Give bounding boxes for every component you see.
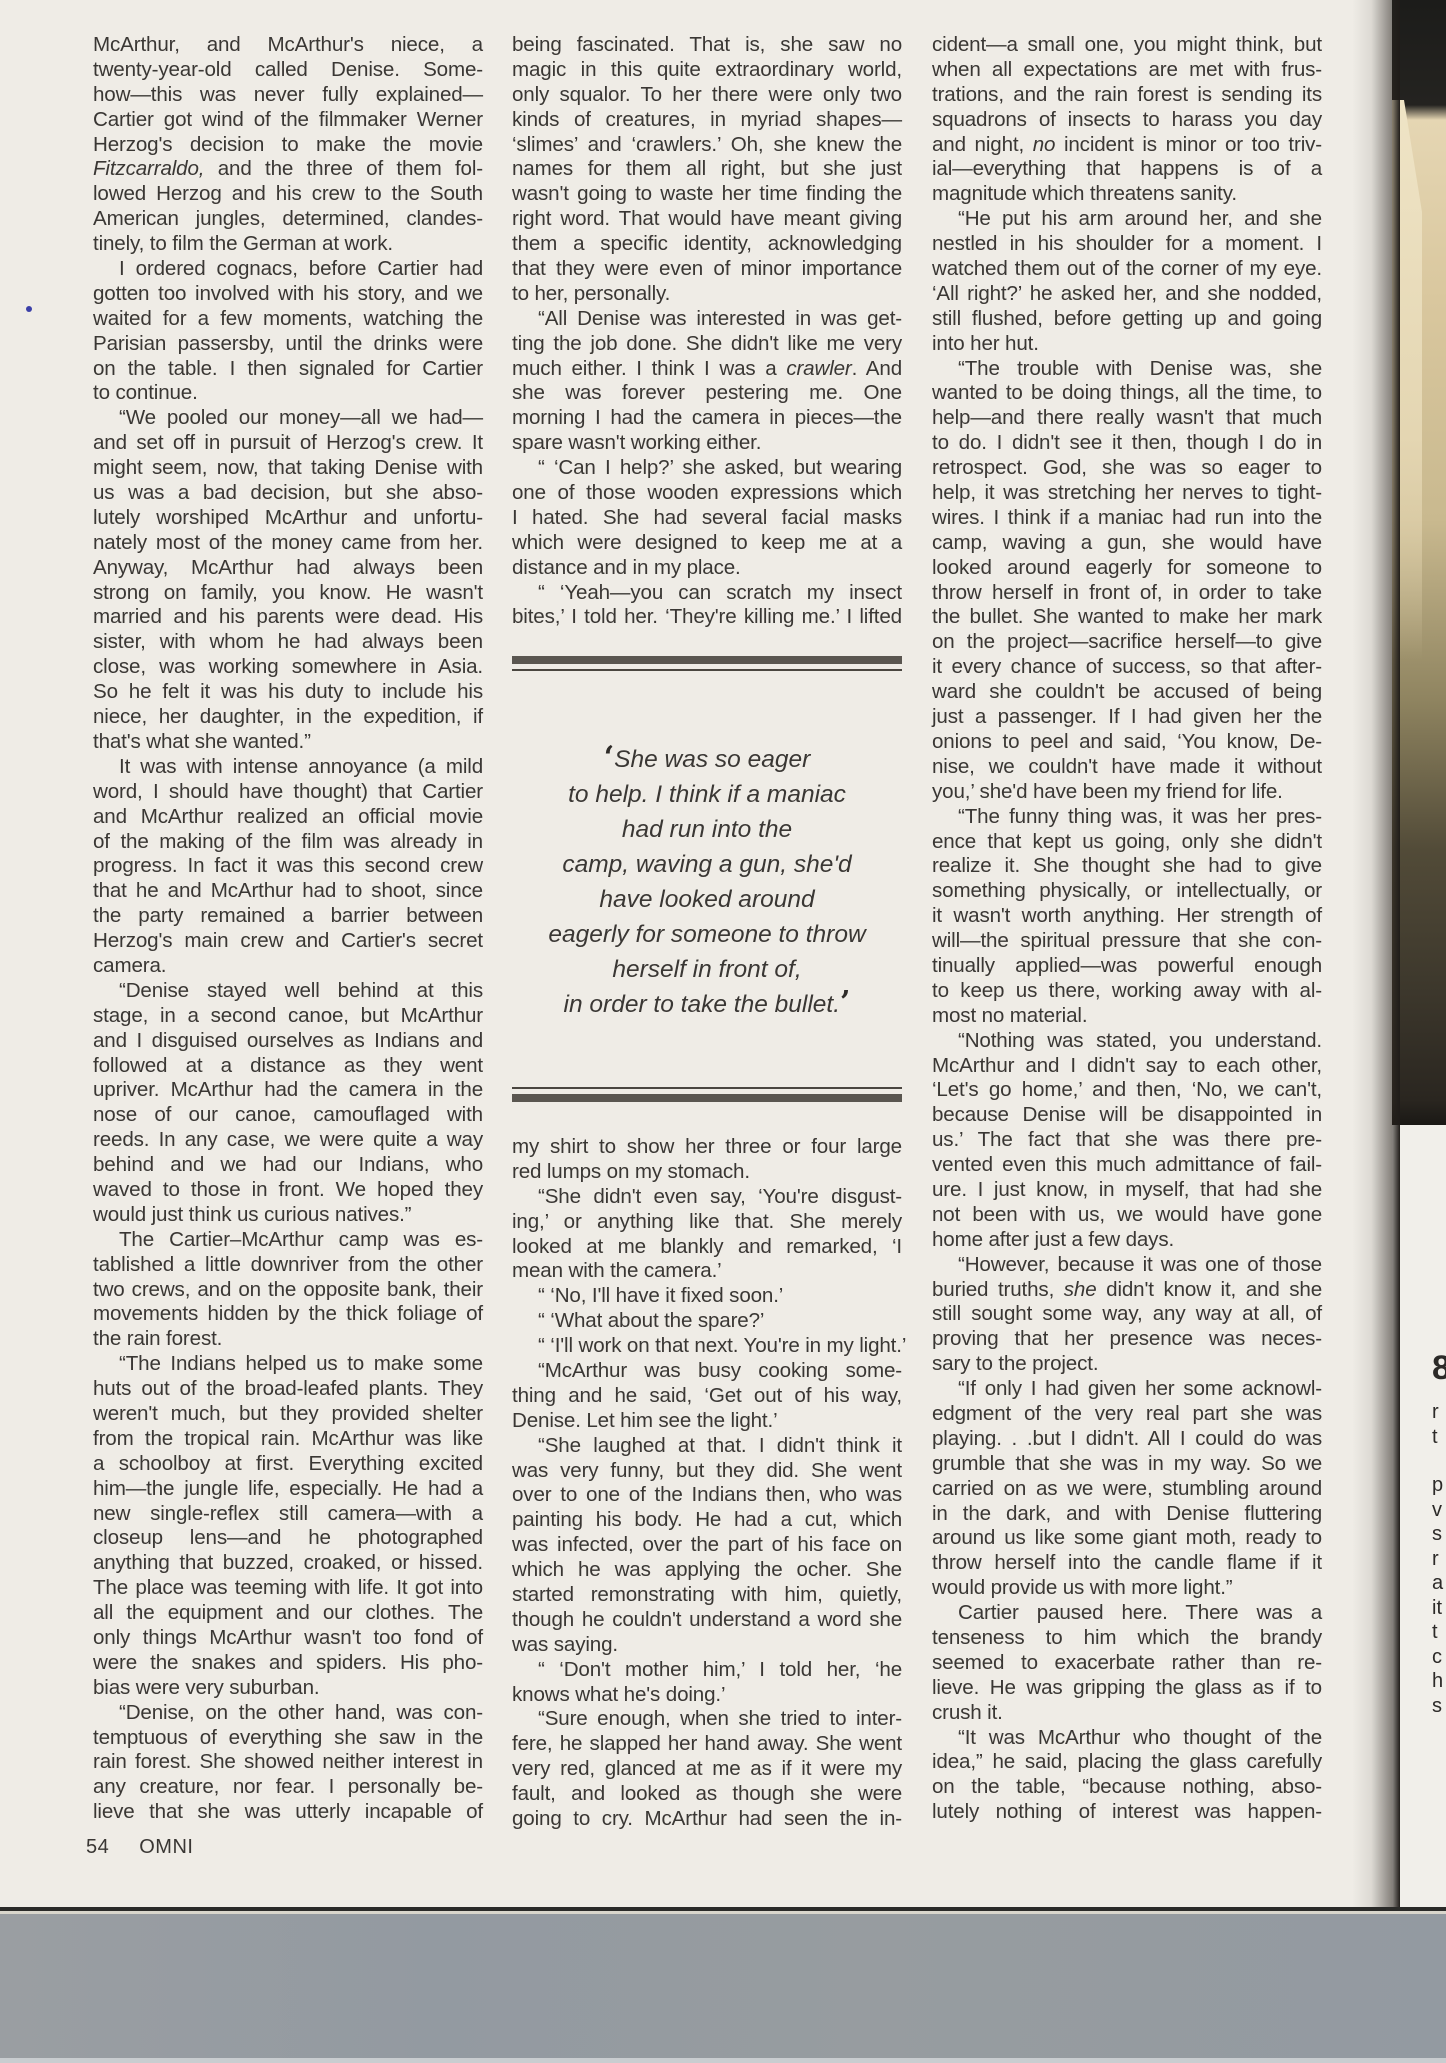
text-line: nestled in his shoulder for a moment. I bbox=[932, 232, 1322, 257]
text-line: from the tropical rain. McArthur was lik… bbox=[93, 1427, 483, 1452]
text-line: lutely worshiped McArthur and unfortu- bbox=[93, 506, 483, 531]
text-line: magic in this quite extraordinary world, bbox=[512, 58, 902, 83]
text-line: the bullet. She wanted to make her mark bbox=[932, 605, 1322, 630]
text-line: which he was applying the ocher. She bbox=[512, 1558, 902, 1583]
text-line: him—the jungle life, especially. He had … bbox=[93, 1477, 483, 1502]
text-line: fere, he slapped her hand away. She went bbox=[512, 1732, 902, 1757]
text-line: tablished a little downriver from the ot… bbox=[93, 1253, 483, 1278]
text-line: ial—everything that happens is of a bbox=[932, 157, 1322, 182]
text-line: idea,” he said, placing the glass carefu… bbox=[932, 1750, 1322, 1775]
text-line: “He put his arm around her, and she bbox=[932, 207, 1322, 232]
text-line: proving that her presence was neces- bbox=[932, 1327, 1322, 1352]
text-line: us was a bad decision, but she abso- bbox=[93, 481, 483, 506]
text-line: weren't much, but they provided shelter bbox=[93, 1402, 483, 1427]
pull-quote-top-rule-thick bbox=[512, 656, 902, 664]
text-line: lutely nothing of interest was happen- bbox=[932, 1800, 1322, 1825]
text-line: “ ‘What about the spare?’ bbox=[512, 1309, 902, 1334]
facing-page-text-fragment: 8 r t p v s r a it t c h s bbox=[1432, 1348, 1446, 1718]
text-line: throw herself into the candle flame if i… bbox=[932, 1551, 1322, 1576]
text-line: ‘slimes’ and ‘crawlers.’ Oh, she knew th… bbox=[512, 133, 902, 158]
text-line: around us like some giant moth, ready to bbox=[932, 1526, 1322, 1551]
text-line: to her, personally. bbox=[512, 282, 902, 307]
text-line: that they were even of minor importance bbox=[512, 257, 902, 282]
text-line: trations, and the rain forest is sending… bbox=[932, 83, 1322, 108]
text-column-2-top: being fascinated. That is, she saw no ma… bbox=[512, 33, 902, 630]
text-line: carried on as we were, stumbling around bbox=[932, 1477, 1322, 1502]
text-line: was saying. bbox=[512, 1633, 902, 1658]
text-line: upriver. McArthur had the camera in the bbox=[93, 1078, 483, 1103]
text-line: Herzog's decision to make the movie bbox=[93, 133, 483, 158]
text-line: Denise. Let him see the light.’ bbox=[512, 1409, 902, 1434]
text-line: ward she couldn't be accused of being bbox=[932, 680, 1322, 705]
text-line: distance and in my place. bbox=[512, 556, 902, 581]
text-line: edgment of the very real part she was bbox=[932, 1402, 1322, 1427]
text-line: wasn't going to waste her time finding t… bbox=[512, 182, 902, 207]
text-line: still sought some way, any way at all, o… bbox=[932, 1302, 1322, 1327]
text-line: Anyway, McArthur had always been bbox=[93, 556, 483, 581]
text-line: “She didn't even say, ‘You're disgust- bbox=[512, 1185, 902, 1210]
text-line: “All Denise was interested in was get- bbox=[512, 307, 902, 332]
text-line: anything that buzzed, croaked, or hissed… bbox=[93, 1551, 483, 1576]
text-line: started remonstrating with him, quietly, bbox=[512, 1583, 902, 1608]
text-line: stage, in a second canoe, but McArthur bbox=[93, 1004, 483, 1029]
text-line: It was with intense annoyance (a mild bbox=[93, 755, 483, 780]
text-line: “ ‘Yeah—you can scratch my insect bbox=[512, 581, 902, 606]
text-line: on the table. I then signaled for Cartie… bbox=[93, 357, 483, 382]
text-line: tenseness to him which the brandy bbox=[932, 1626, 1322, 1651]
text-line: playing. . .but I didn't. All I could do… bbox=[932, 1427, 1322, 1452]
text-line: “The trouble with Denise was, she bbox=[932, 357, 1322, 382]
text-line: all the equipment and our clothes. The bbox=[93, 1601, 483, 1626]
text-column-3: cident—a small one, you might think, but… bbox=[932, 33, 1322, 1825]
emphasis-word: no bbox=[1033, 133, 1056, 156]
page-footer: 54OMNI bbox=[86, 1836, 193, 1859]
pull-quote: ‘She was so eager to help. I think if a … bbox=[512, 742, 902, 1022]
text-line: grumble that she was in my way. So we bbox=[932, 1452, 1322, 1477]
text-line: married and his parents were dead. His bbox=[93, 605, 483, 630]
text-line: reeds. In any case, we were quite a way bbox=[93, 1128, 483, 1153]
text-line: bias were very suburban. bbox=[93, 1676, 483, 1701]
text-line: American jungles, determined, clandes- bbox=[93, 207, 483, 232]
text-line: Parisian passersby, until the drinks wer… bbox=[93, 332, 483, 357]
text-line: and McArthur realized an official movie bbox=[93, 805, 483, 830]
text-line: and set off in pursuit of Herzog's crew.… bbox=[93, 431, 483, 456]
text-line: Cartier paused here. There was a bbox=[932, 1601, 1322, 1626]
text-line: wanted to be doing things, all the time,… bbox=[932, 381, 1322, 406]
text-line: nose of our canoe, camouflaged with bbox=[93, 1103, 483, 1128]
text-line: seemed to exacerbate rather than re- bbox=[932, 1651, 1322, 1676]
text-line: ‘Let's go home,’ and then, ‘No, we can't… bbox=[932, 1078, 1322, 1103]
scanner-background bbox=[0, 1914, 1446, 2063]
text-line: names for them all right, but she just bbox=[512, 157, 902, 182]
text-line: kinds of creatures, in myriad shapes— bbox=[512, 108, 902, 133]
text-line: to keep us there, working away with al- bbox=[932, 979, 1322, 1004]
text-line: gotten too involved with his story, and … bbox=[93, 282, 483, 307]
text-line: sary to the project. bbox=[932, 1352, 1322, 1377]
text-line: on the project—sacrifice herself—to give bbox=[932, 630, 1322, 655]
text-line: and night, no incident is minor or too t… bbox=[932, 133, 1322, 158]
text-line: tinually applied—was powerful enough bbox=[932, 954, 1322, 979]
text-line: realize it. She thought she had to give bbox=[932, 854, 1322, 879]
text-line: Herzog's main crew and Cartier's secret bbox=[93, 929, 483, 954]
text-line: being fascinated. That is, she saw no bbox=[512, 33, 902, 58]
text-line: would provide us with more light.” bbox=[932, 1576, 1322, 1601]
text-line: my shirt to show her three or four large bbox=[512, 1135, 902, 1160]
text-column-2-bottom: my shirt to show her three or four large… bbox=[512, 1135, 902, 1832]
text-line: throw herself in front of, in order to t… bbox=[932, 581, 1322, 606]
text-line: home after just a few days. bbox=[932, 1228, 1322, 1253]
text-line: over to one of the Indians then, who was bbox=[512, 1483, 902, 1508]
text-line: which were designed to keep me at a bbox=[512, 531, 902, 556]
text-line: would just think us curious natives.” bbox=[93, 1203, 483, 1228]
text-line: sister, with whom he had always been bbox=[93, 630, 483, 655]
text-line: “ ‘Don't mother him,’ I told her, ‘he bbox=[512, 1658, 902, 1683]
text-line: waited for a few moments, watching the bbox=[93, 307, 483, 332]
scanner-background-edge bbox=[0, 2058, 1446, 2063]
pull-quote-top-rule-thin bbox=[512, 669, 902, 671]
text-line: word, I should have thought) that Cartie… bbox=[93, 780, 483, 805]
text-line: watched them out of the corner of my eye… bbox=[932, 257, 1322, 282]
text-line: very red, glanced at me as if it were my bbox=[512, 1757, 902, 1782]
text-line: going to cry. McArthur had seen the in- bbox=[512, 1807, 902, 1832]
text-line: that's what she wanted.” bbox=[93, 730, 483, 755]
text-line: ing,’ or anything like that. She merely bbox=[512, 1210, 902, 1235]
text-line: help—and there really wasn't that much bbox=[932, 406, 1322, 431]
text-line: cident—a small one, you might think, but bbox=[932, 33, 1322, 58]
text-line: because Denise will be disappointed in bbox=[932, 1103, 1322, 1128]
text-line: knows what he's doing.’ bbox=[512, 1683, 902, 1708]
text-line: was very funny, but they did. She went bbox=[512, 1459, 902, 1484]
text-line: twenty-year-old called Denise. Some- bbox=[93, 58, 483, 83]
text-line: lieve that she was utterly incapable of bbox=[93, 1800, 483, 1825]
text-line: spare wasn't working either. bbox=[512, 431, 902, 456]
text-line: it wasn't worth anything. Her strength o… bbox=[932, 904, 1322, 929]
text-line: still flushed, before getting up and goi… bbox=[932, 307, 1322, 332]
text-line: red lumps on my stomach. bbox=[512, 1160, 902, 1185]
text-line: into her hut. bbox=[932, 332, 1322, 357]
binding-spine-shadow bbox=[1352, 0, 1400, 1908]
text-line: ence that kept us going, only she didn't bbox=[932, 830, 1322, 855]
page-number: 54 bbox=[86, 1836, 109, 1858]
text-line: that he and McArthur had to shoot, since bbox=[93, 879, 483, 904]
text-line: tinely, to film the German at work. bbox=[93, 232, 483, 257]
text-line: ure. I just know, in myself, that had sh… bbox=[932, 1178, 1322, 1203]
text-line: niece, her daughter, in the expedition, … bbox=[93, 705, 483, 730]
text-line: and I disguised ourselves as Indians and bbox=[93, 1029, 483, 1054]
text-line: to do. I didn't see it then, though I do… bbox=[932, 431, 1322, 456]
text-line: “Denise, on the other hand, was con- bbox=[93, 1701, 483, 1726]
text-line: lieve. He was gripping the glass as if t… bbox=[932, 1676, 1322, 1701]
text-line: was infected, over the part of his face … bbox=[512, 1533, 902, 1558]
text-line: The Cartier–McArthur camp was es- bbox=[93, 1228, 483, 1253]
text-line: on the table, “because nothing, abso- bbox=[932, 1775, 1322, 1800]
text-line: waved to those in front. We hoped they bbox=[93, 1178, 483, 1203]
text-line: wires. I think if a maniac had run into … bbox=[932, 506, 1322, 531]
text-line: “ ‘I'll work on that next. You're in my … bbox=[512, 1334, 902, 1359]
text-line: two crews, and on the opposite bank, the… bbox=[93, 1278, 483, 1303]
text-line: will—the spiritual pressure that she con… bbox=[932, 929, 1322, 954]
text-line: one of those wooden expressions which bbox=[512, 481, 902, 506]
text-line: vented even this much admittance of fail… bbox=[932, 1153, 1322, 1178]
text-line: huts out of the broad-leafed plants. The… bbox=[93, 1377, 483, 1402]
text-line: The place was teeming with life. It got … bbox=[93, 1576, 483, 1601]
text-line: the party remained a barrier between bbox=[93, 904, 483, 929]
text-line: she was forever pestering me. One bbox=[512, 381, 902, 406]
text-line: when all expectations are met with frus- bbox=[932, 58, 1322, 83]
text-line: I ordered cognacs, before Cartier had bbox=[93, 257, 483, 282]
text-line: might seem, now, that taking Denise with bbox=[93, 456, 483, 481]
text-line: mean with the camera.’ bbox=[512, 1259, 902, 1284]
text-line: “ ‘No, I'll have it fixed soon.’ bbox=[512, 1284, 902, 1309]
text-line: “It was McArthur who thought of the bbox=[932, 1726, 1322, 1751]
text-line: nise, we couldn't have made it without bbox=[932, 755, 1322, 780]
text-line: magnitude which threatens sanity. bbox=[932, 182, 1322, 207]
text-line: camera. bbox=[93, 954, 483, 979]
text-line: right word. That would have meant giving bbox=[512, 207, 902, 232]
text-line: of the making of the film was already in bbox=[93, 830, 483, 855]
text-line: the rain forest. bbox=[93, 1327, 483, 1352]
open-quote-mark: ‘ bbox=[604, 740, 614, 775]
text-line: lowed Herzog and his crew to the South bbox=[93, 182, 483, 207]
text-line: “Denise stayed well behind at this bbox=[93, 979, 483, 1004]
text-line: followed at a distance as they went bbox=[93, 1054, 483, 1079]
text-line: thing and he said, ‘Get out of his way, bbox=[512, 1384, 902, 1409]
text-line: temptuous of everything she saw in the bbox=[93, 1726, 483, 1751]
text-line: were the snakes and spiders. His pho- bbox=[93, 1651, 483, 1676]
ink-dot-mark bbox=[26, 306, 32, 312]
text-line: “McArthur was busy cooking some- bbox=[512, 1359, 902, 1384]
emphasis-word: she bbox=[1064, 1278, 1097, 1301]
text-line: “Nothing was stated, you understand. bbox=[932, 1029, 1322, 1054]
text-line: looked at me blankly and remarked, ‘I bbox=[512, 1235, 902, 1260]
text-line: to continue. bbox=[93, 381, 483, 406]
text-line: I hated. She had several facial masks bbox=[512, 506, 902, 531]
text-line: fault, and looked as though she were bbox=[512, 1782, 902, 1807]
text-line: us.’ The fact that she was there pre- bbox=[932, 1128, 1322, 1153]
text-line: “She laughed at that. I didn't think it bbox=[512, 1434, 902, 1459]
text-line: onions to peel and said, ‘You know, De- bbox=[932, 730, 1322, 755]
text-line: though he couldn't understand a word she bbox=[512, 1608, 902, 1633]
text-line: only squalor. To her there were only two bbox=[512, 83, 902, 108]
text-line: behind and we had our Indians, who bbox=[93, 1153, 483, 1178]
text-line: new single-reflex still camera—with a bbox=[93, 1502, 483, 1527]
text-line: close, was working somewhere in Asia. bbox=[93, 655, 483, 680]
text-line: how—this was never fully explained— bbox=[93, 83, 483, 108]
text-line: movements hidden by the thick foliage of bbox=[93, 1302, 483, 1327]
text-line: McArthur and I didn't say to each other, bbox=[932, 1054, 1322, 1079]
text-line: Cartier got wind of the filmmaker Werner bbox=[93, 108, 483, 133]
text-line: “However, because it was one of those bbox=[932, 1253, 1322, 1278]
text-line: “We pooled our money—all we had— bbox=[93, 406, 483, 431]
text-line: “The funny thing was, it was her pres- bbox=[932, 805, 1322, 830]
text-line: nately most of the money came from her. bbox=[93, 531, 483, 556]
text-line: any creature, nor fear. I personally be- bbox=[93, 1775, 483, 1800]
text-line: crush it. bbox=[932, 1701, 1322, 1726]
facing-page-large-glyph: 8 bbox=[1432, 1348, 1446, 1388]
text-line: retrospect. God, she was so eager to bbox=[932, 456, 1322, 481]
text-line: it every chance of success, so that afte… bbox=[932, 655, 1322, 680]
text-line: progress. In fact it was this second cre… bbox=[93, 854, 483, 879]
text-line: in the dark, and with Denise fluttering bbox=[932, 1502, 1322, 1527]
text-line: Fitzcarraldo, and the three of them fol- bbox=[93, 157, 483, 182]
text-column-1: McArthur, and McArthur's niece, a twenty… bbox=[93, 33, 483, 1825]
text-line: ting the job done. She didn't like me ve… bbox=[512, 332, 902, 357]
text-line: painting his body. He had a cut, which bbox=[512, 1508, 902, 1533]
text-line: much either. I think I was a crawler. An… bbox=[512, 357, 902, 382]
publication-name: OMNI bbox=[139, 1836, 193, 1858]
text-line: So he felt it was his duty to include hi… bbox=[93, 680, 483, 705]
text-line: buried truths, she didn't know it, and s… bbox=[932, 1278, 1322, 1303]
text-line: morning I had the camera in pieces—the bbox=[512, 406, 902, 431]
text-line: “The Indians helped us to make some bbox=[93, 1352, 483, 1377]
text-line: “If only I had given her some acknowl- bbox=[932, 1377, 1322, 1402]
text-line: looked around eagerly for someone to bbox=[932, 556, 1322, 581]
text-line: ‘All right?’ he asked her, and she nodde… bbox=[932, 282, 1322, 307]
text-line: just a passenger. If I had given her the bbox=[932, 705, 1322, 730]
text-line: them a specific identity, acknowledging bbox=[512, 232, 902, 257]
pull-quote-bottom-rule-thin bbox=[512, 1087, 902, 1089]
text-line: only things McArthur wasn't too fond of bbox=[93, 1626, 483, 1651]
pull-quote-bottom-rule-thick bbox=[512, 1094, 902, 1102]
text-line: something physically, or intellectually,… bbox=[932, 879, 1322, 904]
text-line: most no material. bbox=[932, 1004, 1322, 1029]
text-line: closeup lens—and he photographed bbox=[93, 1526, 483, 1551]
text-line: bites,’ I told her. ‘They're killing me.… bbox=[512, 605, 902, 630]
text-line: help, it was stretching her nerves to ti… bbox=[932, 481, 1322, 506]
text-line: strong on family, you know. He wasn't bbox=[93, 581, 483, 606]
text-line: you,’ she'd have been my friend for life… bbox=[932, 780, 1322, 805]
text-line: not been with us, we would have gone bbox=[932, 1203, 1322, 1228]
text-line: “ ‘Can I help?’ she asked, but wearing bbox=[512, 456, 902, 481]
film-title: Fitzcarraldo, bbox=[93, 157, 204, 180]
text-line: “Sure enough, when she tried to inter- bbox=[512, 1707, 902, 1732]
text-line: squadrons of insects to harass you day bbox=[932, 108, 1322, 133]
close-quote-mark: ’ bbox=[840, 985, 850, 1020]
text-line: a schoolboy at first. Everything excited bbox=[93, 1452, 483, 1477]
text-line: rain forest. She showed neither interest… bbox=[93, 1750, 483, 1775]
text-line: camp, waving a gun, she would have bbox=[932, 531, 1322, 556]
emphasis-word: crawler bbox=[786, 357, 851, 380]
text-line: McArthur, and McArthur's niece, a bbox=[93, 33, 483, 58]
